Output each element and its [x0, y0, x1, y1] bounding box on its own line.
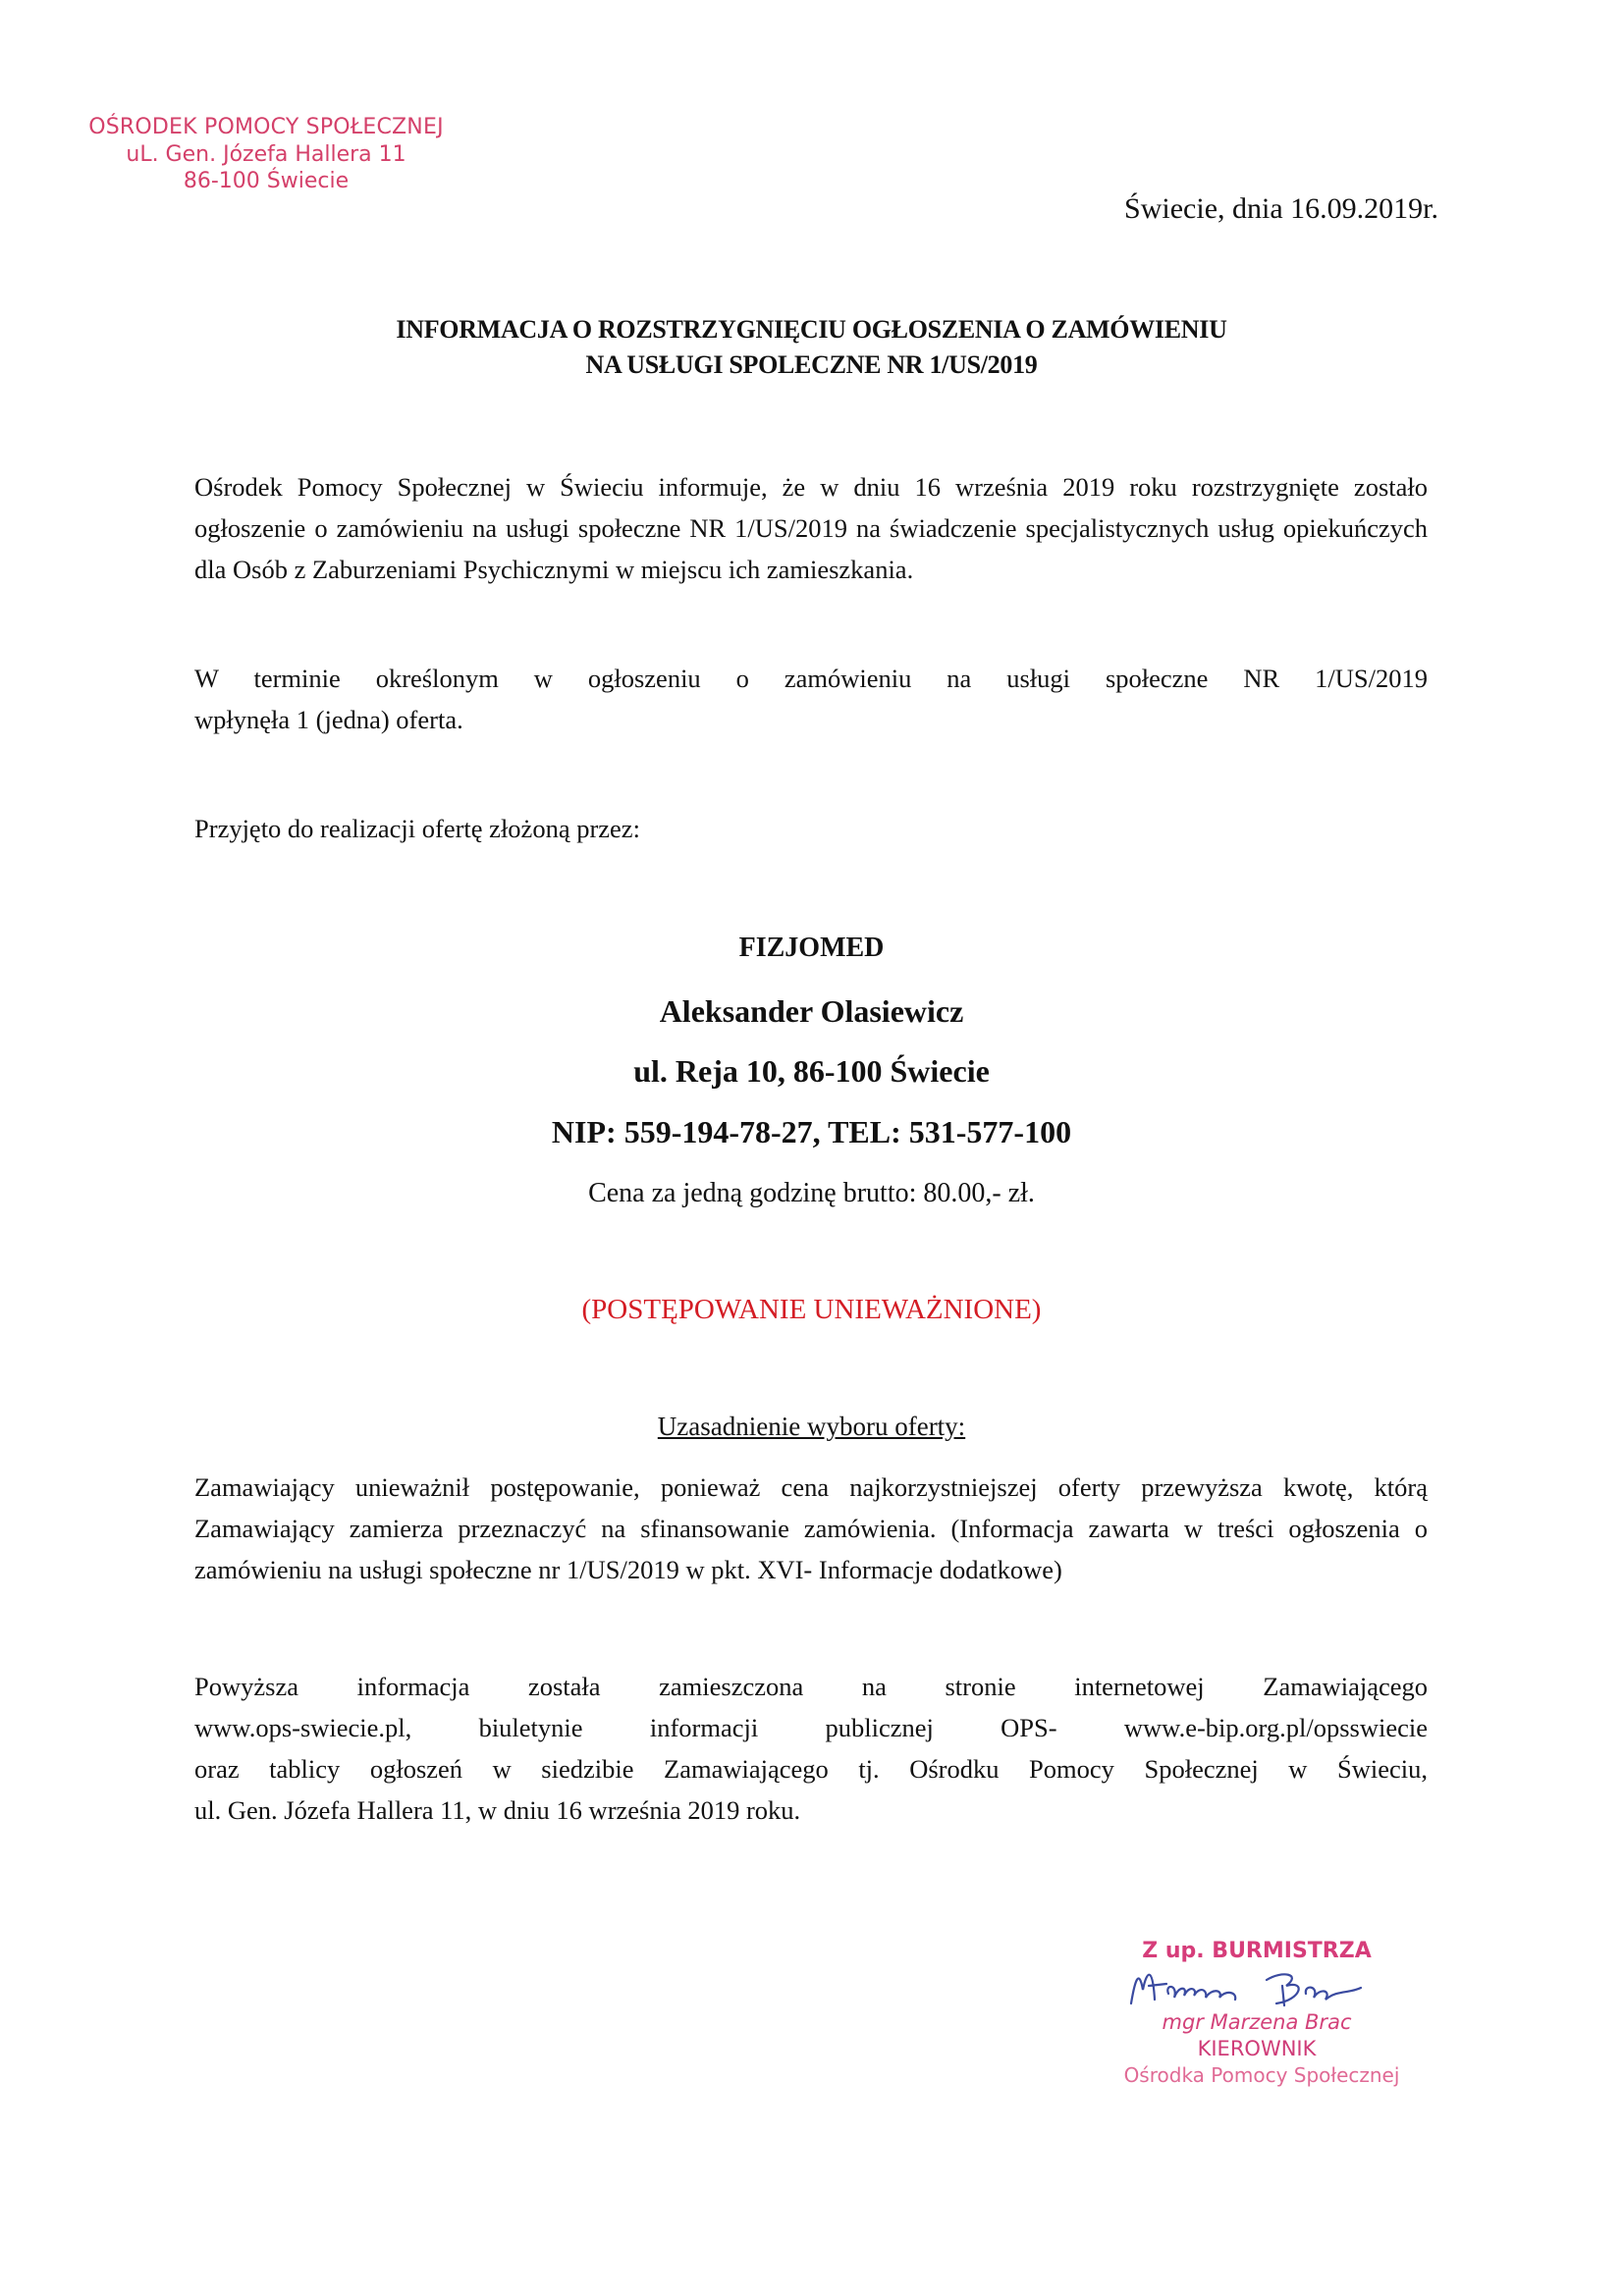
accepted-offer-paragraph: Przyjęto do realizacji ofertę złożoną pr… [194, 808, 1428, 849]
publication-line-2: www.ops-swiecie.pl, biuletynie informacj… [194, 1707, 1428, 1748]
signatory-institution: Ośrodka Pomocy Społecznej [1090, 2062, 1424, 2088]
offer-price: Cena za jedną godzinę brutto: 80.00,- zł… [0, 1178, 1623, 1209]
justification-paragraph: Zamawiający unieważnił postępowanie, pon… [194, 1467, 1428, 1590]
stamp-city: 86-100 Świecie [84, 168, 448, 195]
stamp-street: uL. Gen. Józefa Hallera 11 [84, 141, 448, 169]
cancellation-status: (POSTĘPOWANIE UNIEWAŻNIONE) [0, 1294, 1623, 1326]
offers-received-paragraph: W terminie określonym w ogłoszeniu o zam… [194, 658, 1428, 740]
institution-stamp: OŚRODEK POMOCY SPOŁECZNEJ uL. Gen. Józef… [84, 114, 448, 195]
offers-line-2: wpłynęła 1 (jedna) oferta. [194, 705, 463, 734]
intro-paragraph: Ośrodek Pomocy Społecznej w Świeciu info… [194, 466, 1428, 590]
offer-nip-tel: NIP: 559-194-78-27, TEL: 531-577-100 [0, 1114, 1623, 1150]
publication-line-4: ul. Gen. Józefa Hallera 11, w dniu 16 wr… [194, 1789, 1428, 1831]
signature-stamp: Z up. BURMISTRZA mgr Marzena Brac KIEROW… [1090, 1938, 1424, 2088]
title-line-2: NA USŁUGI SPOLECZNE NR 1/US/2019 [0, 347, 1623, 383]
offers-line-1: W terminie określonym w ogłoszeniu o zam… [194, 658, 1428, 699]
offer-owner: Aleksander Olasiewicz [0, 993, 1623, 1030]
handwritten-signature [1090, 1966, 1424, 2009]
publication-line-3: oraz tablicy ogłoszeń w siedzibie Zamawi… [194, 1748, 1428, 1789]
signatory-position: KIEROWNIK [1090, 2036, 1424, 2062]
stamp-institution-name: OŚRODEK POMOCY SPOŁECZNEJ [84, 114, 448, 141]
publication-line-1: Powyższa informacja została zamieszczona… [194, 1666, 1428, 1707]
offer-address: ul. Reja 10, 86-100 Świecie [0, 1053, 1623, 1090]
document-title: INFORMACJA O ROZSTRZYGNIĘCIU OGŁOSZENIA … [0, 312, 1623, 383]
publication-paragraph: Powyższa informacja została zamieszczona… [194, 1666, 1428, 1831]
document-page: OŚRODEK POMOCY SPOŁECZNEJ uL. Gen. Józef… [0, 0, 1623, 2296]
offer-company: FIZJOMED [0, 933, 1623, 964]
justification-heading: Uzasadnienie wyboru oferty: [0, 1412, 1623, 1442]
title-line-1: INFORMACJA O ROZSTRZYGNIĘCIU OGŁOSZENIA … [0, 312, 1623, 347]
document-date: Świecie, dnia 16.09.2019r. [1124, 192, 1438, 226]
signature-scribble-icon [1109, 1960, 1404, 2015]
